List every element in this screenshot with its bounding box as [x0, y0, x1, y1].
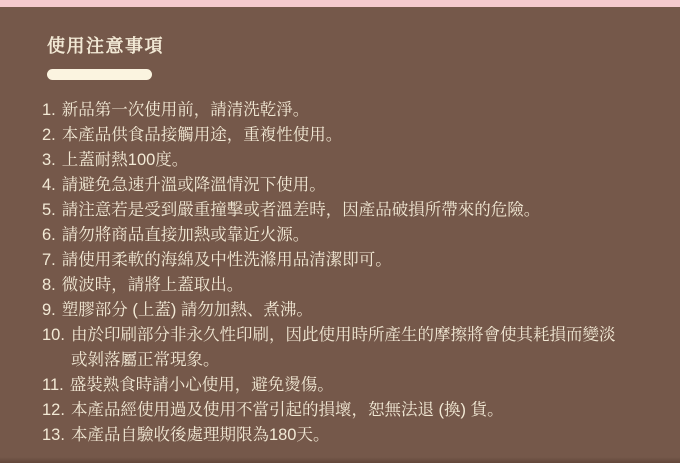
note-number: 13.: [42, 423, 65, 448]
note-item: 13.本產品自驗收後處理期限為180天。: [42, 423, 652, 448]
note-item: 12.本產品經使用過及使用不當引起的損壞，恕無法退 (換) 貨。: [42, 398, 652, 423]
page-title: 使用注意事項: [47, 36, 652, 57]
notice-content: 使用注意事項 1.新品第一次使用前，請清洗乾淨。2.本產品供食品接觸用途，重複性…: [0, 7, 680, 448]
note-item: 10.由於印刷部分非永久性印刷，因此使用時所產生的摩擦將會使其耗損而變淡 或剝落…: [42, 323, 652, 373]
note-item: 7.請使用柔軟的海綿及中性洗滌用品清潔即可。: [42, 248, 652, 273]
note-text: 本產品自驗收後處理期限為180天。: [71, 423, 652, 448]
note-text: 請使用柔軟的海綿及中性洗滌用品清潔即可。: [62, 248, 652, 273]
note-item: 4.請避免急速升溫或降溫情況下使用。: [42, 173, 652, 198]
usage-notice-card: 使用注意事項 1.新品第一次使用前，請清洗乾淨。2.本產品供食品接觸用途，重複性…: [0, 0, 680, 463]
note-number: 11.: [42, 373, 64, 398]
note-text: 上蓋耐熱100度。: [62, 148, 652, 173]
note-text: 塑膠部分 (上蓋) 請勿加熱、煮沸。: [62, 298, 652, 323]
note-text: 本產品供食品接觸用途，重複性使用。: [62, 123, 652, 148]
note-item: 8.微波時，請將上蓋取出。: [42, 273, 652, 298]
note-text: 由於印刷部分非永久性印刷，因此使用時所產生的摩擦將會使其耗損而變淡 或剝落屬正常…: [71, 323, 652, 373]
note-item: 5.請注意若是受到嚴重撞擊或者溫差時，因產品破損所帶來的危險。: [42, 198, 652, 223]
note-item: 9.塑膠部分 (上蓋) 請勿加熱、煮沸。: [42, 298, 652, 323]
note-text: 請勿將商品直接加熱或靠近火源。: [62, 223, 652, 248]
note-number: 6.: [42, 223, 56, 248]
note-number: 12.: [42, 398, 65, 423]
note-number: 7.: [42, 248, 56, 273]
note-item: 1.新品第一次使用前，請清洗乾淨。: [42, 98, 652, 123]
note-item: 11.盛裝熟食時請小心使用，避免燙傷。: [42, 373, 652, 398]
note-number: 9.: [42, 298, 56, 323]
note-number: 3.: [42, 148, 56, 173]
note-text: 請避免急速升溫或降溫情況下使用。: [62, 173, 652, 198]
note-item: 6.請勿將商品直接加熱或靠近火源。: [42, 223, 652, 248]
note-text: 請注意若是受到嚴重撞擊或者溫差時，因產品破損所帶來的危險。: [62, 198, 652, 223]
note-number: 5.: [42, 198, 56, 223]
bottom-edge-strip: [0, 457, 680, 463]
note-text: 本產品經使用過及使用不當引起的損壞，恕無法退 (換) 貨。: [71, 398, 652, 423]
note-number: 2.: [42, 123, 56, 148]
note-text: 新品第一次使用前，請清洗乾淨。: [62, 98, 652, 123]
note-text: 微波時，請將上蓋取出。: [62, 273, 652, 298]
note-item: 2.本產品供食品接觸用途，重複性使用。: [42, 123, 652, 148]
top-accent-strip: [0, 0, 680, 7]
note-item: 3.上蓋耐熱100度。: [42, 148, 652, 173]
note-text: 盛裝熟食時請小心使用，避免燙傷。: [70, 373, 652, 398]
notes-list: 1.新品第一次使用前，請清洗乾淨。2.本產品供食品接觸用途，重複性使用。3.上蓋…: [42, 98, 652, 448]
note-number: 10.: [42, 323, 65, 348]
note-number: 8.: [42, 273, 56, 298]
title-underline-pill: [47, 69, 152, 80]
note-number: 4.: [42, 173, 56, 198]
note-number: 1.: [42, 98, 56, 123]
